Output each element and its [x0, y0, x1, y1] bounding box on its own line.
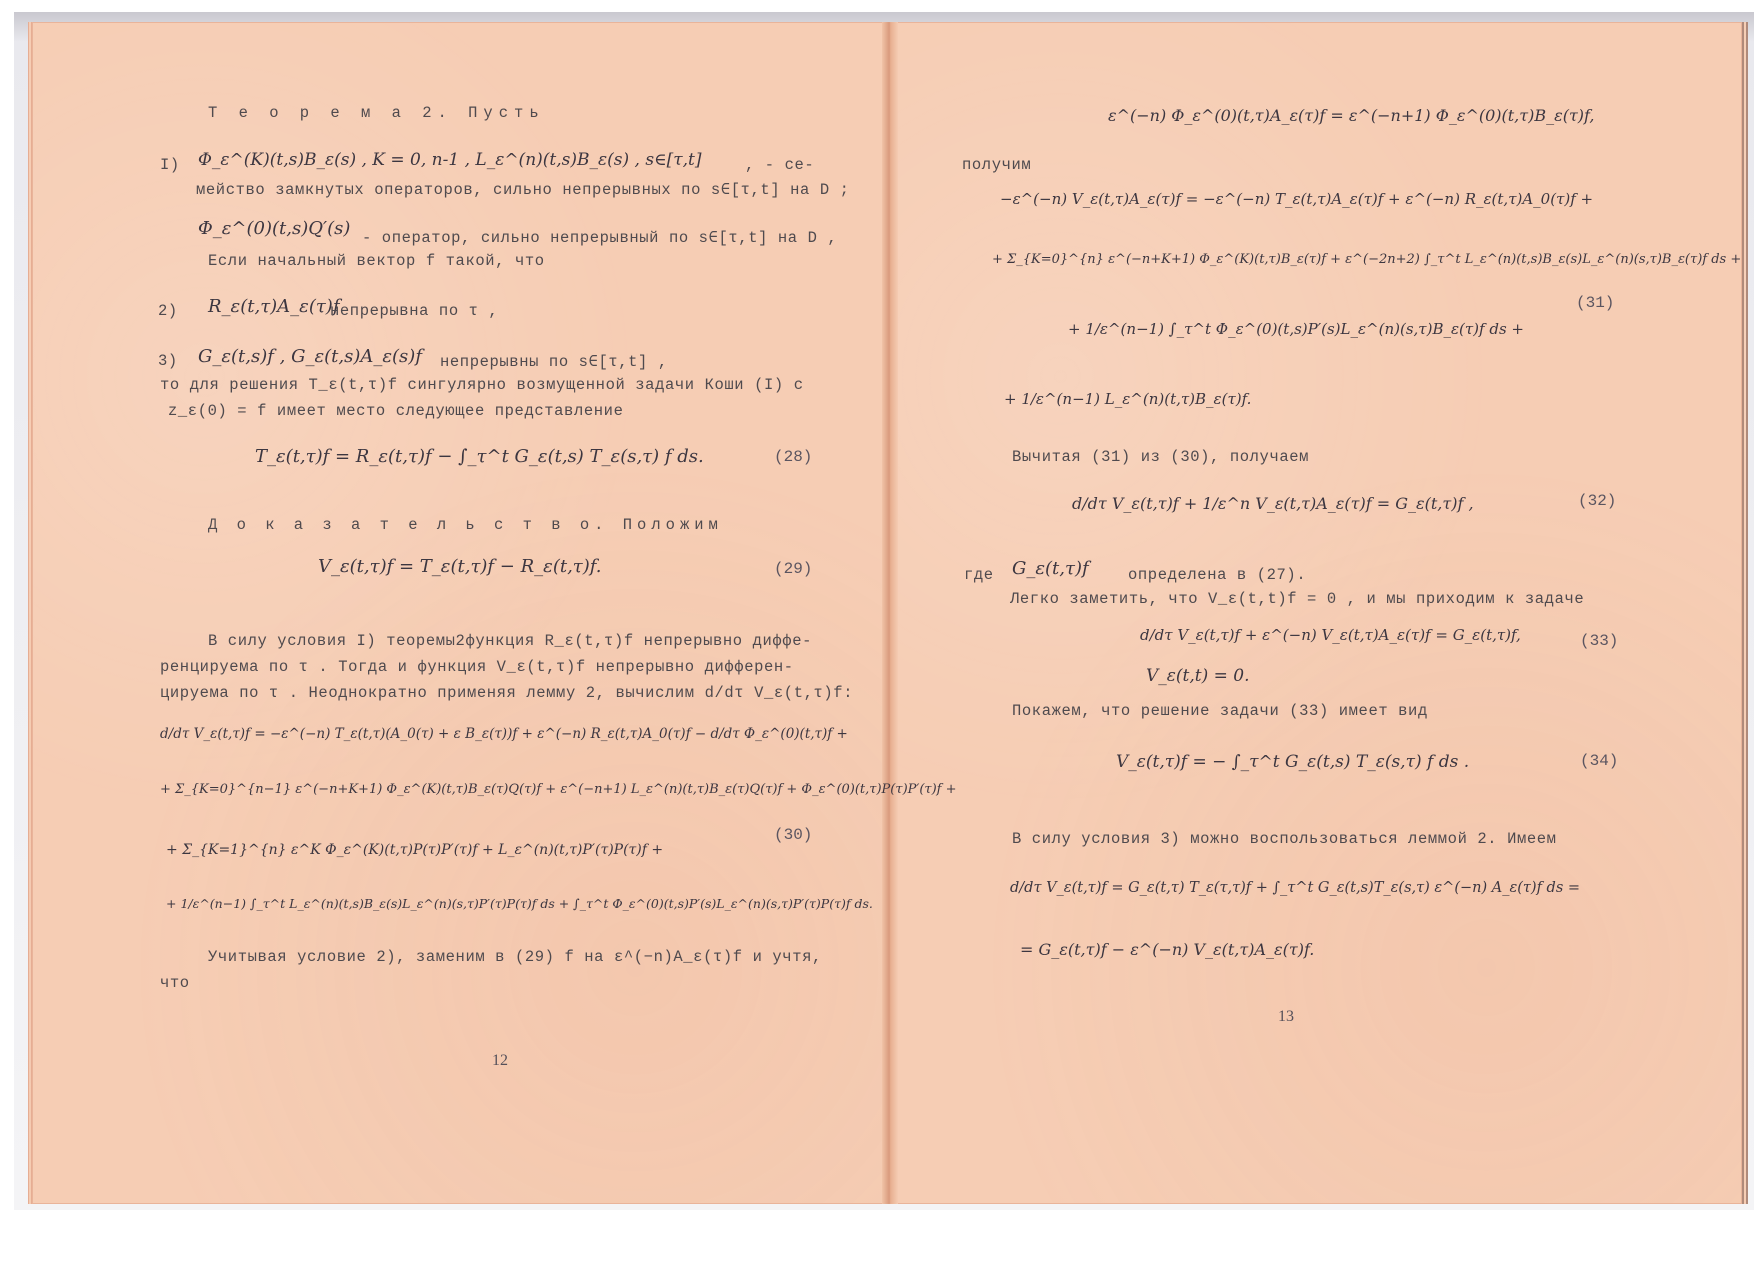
paragraph-1-line1: В силу условия I) теоремы2функция R_ε(t,… — [208, 632, 812, 650]
top-equation: ε^(−n) Φ_ε^(0)(t,τ)A_ε(τ)f = ε^(−n+1) Φ_… — [1108, 106, 1594, 125]
paragraph-2-line2: что — [160, 974, 190, 992]
equation-28: T_ε(t,τ)f = R_ε(t,τ)f − ∫_τ^t G_ε(t,s) T… — [255, 446, 704, 467]
then-line: то для решения T_ε(t,τ)f сингулярно возм… — [160, 376, 804, 394]
equation-30-label: (30) — [774, 826, 812, 844]
page-number-right: 13 — [1278, 1008, 1294, 1026]
equation-33-label: (33) — [1580, 632, 1618, 650]
condition-2-label: 2) — [158, 302, 178, 320]
equation-33-line1: d/dτ V_ε(t,τ)f + ε^(−n) V_ε(t,τ)A_ε(τ)f … — [1140, 626, 1521, 644]
condition-3-label: 3) — [158, 352, 178, 370]
equation-31-line4: + 1/ε^(n−1) L_ε^(n)(t,τ)B_ε(τ)f. — [1004, 390, 1251, 408]
easy-line: Легко заметить, что V_ε(t,t)f = 0 , и мы… — [1010, 590, 1584, 608]
paragraph-2-line1: Учитывая условие 2), заменим в (29) f на… — [208, 948, 822, 966]
condition-3-text: непрерывны по s∈[τ,t] , — [440, 352, 668, 371]
paragraph-1-line3: цируема по τ . Неоднократно применяя лем… — [160, 684, 853, 702]
theorem-heading: Т е о р е м а 2. Пусть — [208, 104, 545, 122]
equation-33-line2: V_ε(t,t) = 0. — [1146, 666, 1250, 686]
condition-1-label: I) — [160, 156, 180, 174]
condition-1-tail: , - се- — [745, 156, 814, 174]
condition-3-usage-line: В силу условия 3) можно воспользоваться … — [1012, 830, 1557, 848]
condition-1-line3: - оператор, сильно непрерывный по s∈[τ,t… — [362, 228, 837, 247]
equation-31-line2: + Σ_{K=0}^{n} ε^(−n+K+1) Φ_ε^(K)(t,τ)B_ε… — [992, 252, 1741, 267]
equation-32-label: (32) — [1578, 492, 1616, 510]
equation-30-line4: + 1/ε^(n−1) ∫_τ^t L_ε^(n)(t,s)B_ε(s)L_ε^… — [166, 896, 873, 911]
final-equation-line1: d/dτ V_ε(t,τ)f = G_ε(t,τ) T_ε(τ,τ)f + ∫_… — [1010, 880, 1580, 896]
final-equation-line2: = G_ε(t,τ)f − ε^(−n) V_ε(t,τ)A_ε(τ)f. — [1020, 940, 1314, 959]
initial-condition-line: z_ε(0) = f имеет место следующее предста… — [168, 402, 623, 420]
equation-30-line3: + Σ_{K=1}^{n} ε^K Φ_ε^(K)(t,τ)P(τ)P′(τ)f… — [166, 842, 663, 858]
left-page — [28, 22, 894, 1204]
show-line: Покажем, что решение задачи (33) имеет в… — [1012, 702, 1428, 720]
equation-29-label: (29) — [774, 560, 812, 578]
equation-30-line2: + Σ_{K=0}^{n−1} ε^(−n+K+1) Φ_ε^(K)(t,τ)B… — [160, 782, 957, 797]
obtain-word: получим — [962, 156, 1031, 174]
condition-1-formula: Φ_ε^(K)(t,s)B_ε(s) , K = 0, n-1 , L_ε^(n… — [198, 150, 702, 170]
condition-1-line2: мейство замкнутых операторов, сильно неп… — [196, 180, 850, 199]
equation-31-label: (31) — [1576, 294, 1614, 312]
initial-vector-line: Если начальный вектор f такой, что — [208, 252, 545, 270]
equation-29: V_ε(t,τ)f = T_ε(t,τ)f − R_ε(t,τ)f. — [318, 556, 602, 577]
condition-2-formula: R_ε(t,τ)A_ε(τ)f — [208, 296, 340, 317]
equation-34: V_ε(t,τ)f = − ∫_τ^t G_ε(t,s) T_ε(s,τ) f … — [1116, 752, 1469, 772]
equation-32: d/dτ V_ε(t,τ)f + 1/ε^n V_ε(t,τ)A_ε(τ)f =… — [1072, 494, 1474, 513]
book-spine — [882, 22, 898, 1204]
page-number-left: 12 — [492, 1052, 508, 1070]
equation-34-label: (34) — [1580, 752, 1618, 770]
equation-31-line1: −ε^(−n) V_ε(t,τ)A_ε(τ)f = −ε^(−n) T_ε(t,… — [1000, 190, 1593, 208]
equation-28-label: (28) — [774, 448, 812, 466]
paragraph-1-line2: ренцируема по τ . Тогда и функция V_ε(t,… — [160, 658, 794, 676]
where-text: определена в (27). — [1128, 566, 1306, 584]
equation-31-line3: + 1/ε^(n−1) ∫_τ^t Φ_ε^(0)(t,s)P′(s)L_ε^(… — [1068, 320, 1524, 338]
condition-3-formula: G_ε(t,s)f , G_ε(t,s)A_ε(s)f — [198, 346, 422, 367]
condition-1-formula2: Φ_ε^(0)(t,s)Q′(s) — [198, 218, 350, 239]
where-word: где — [964, 566, 994, 584]
proof-heading: Д о к а з а т е л ь с т в о. Положим — [208, 516, 723, 534]
where-formula: G_ε(t,τ)f — [1012, 558, 1089, 579]
condition-2-text: непрерывна по τ , — [330, 302, 498, 320]
equation-30-line1: d/dτ V_ε(t,τ)f = −ε^(−n) T_ε(t,τ)(A_0(τ)… — [160, 726, 848, 742]
subtract-line: Вычитая (31) из (30), получаем — [1012, 448, 1309, 466]
